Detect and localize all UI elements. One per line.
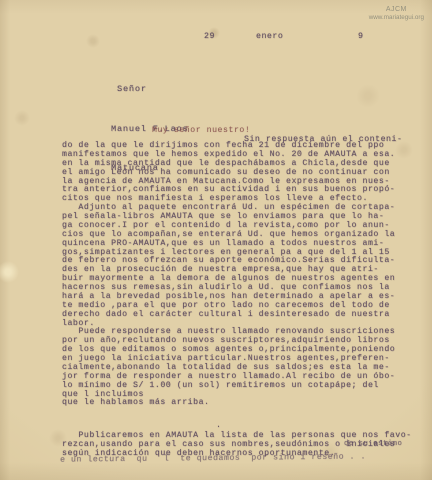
text-line: que le hablamos más arriba. (62, 399, 395, 408)
date-month: enero (256, 33, 283, 42)
letter-body: do de la que le dirijimos con fecha 21 d… (62, 142, 395, 408)
overstrike-raised-text: de su estimo (344, 440, 402, 449)
date-line: 29 enero 9 (0, 33, 432, 77)
date-day: 29 (204, 33, 215, 42)
archive-url: www.mariategui.org (369, 14, 424, 22)
archive-watermark: AJCM www.mariategui.org (369, 6, 424, 22)
salutation-line: Muy señor nuestro! (152, 127, 250, 136)
separator-dot: . (216, 422, 221, 431)
text-line: derecho dado el carácter cultural i desi… (62, 311, 395, 320)
overstrike-smudged-line: e un lectura qu l te quedamos por sino i… (60, 453, 366, 465)
recipient-title: Señor (111, 85, 188, 107)
archive-acronym: AJCM (369, 6, 424, 14)
date-year: 9 (358, 33, 363, 42)
scanned-letter-page: AJCM www.mariategui.org 29 enero 9 Señor… (0, 0, 432, 480)
